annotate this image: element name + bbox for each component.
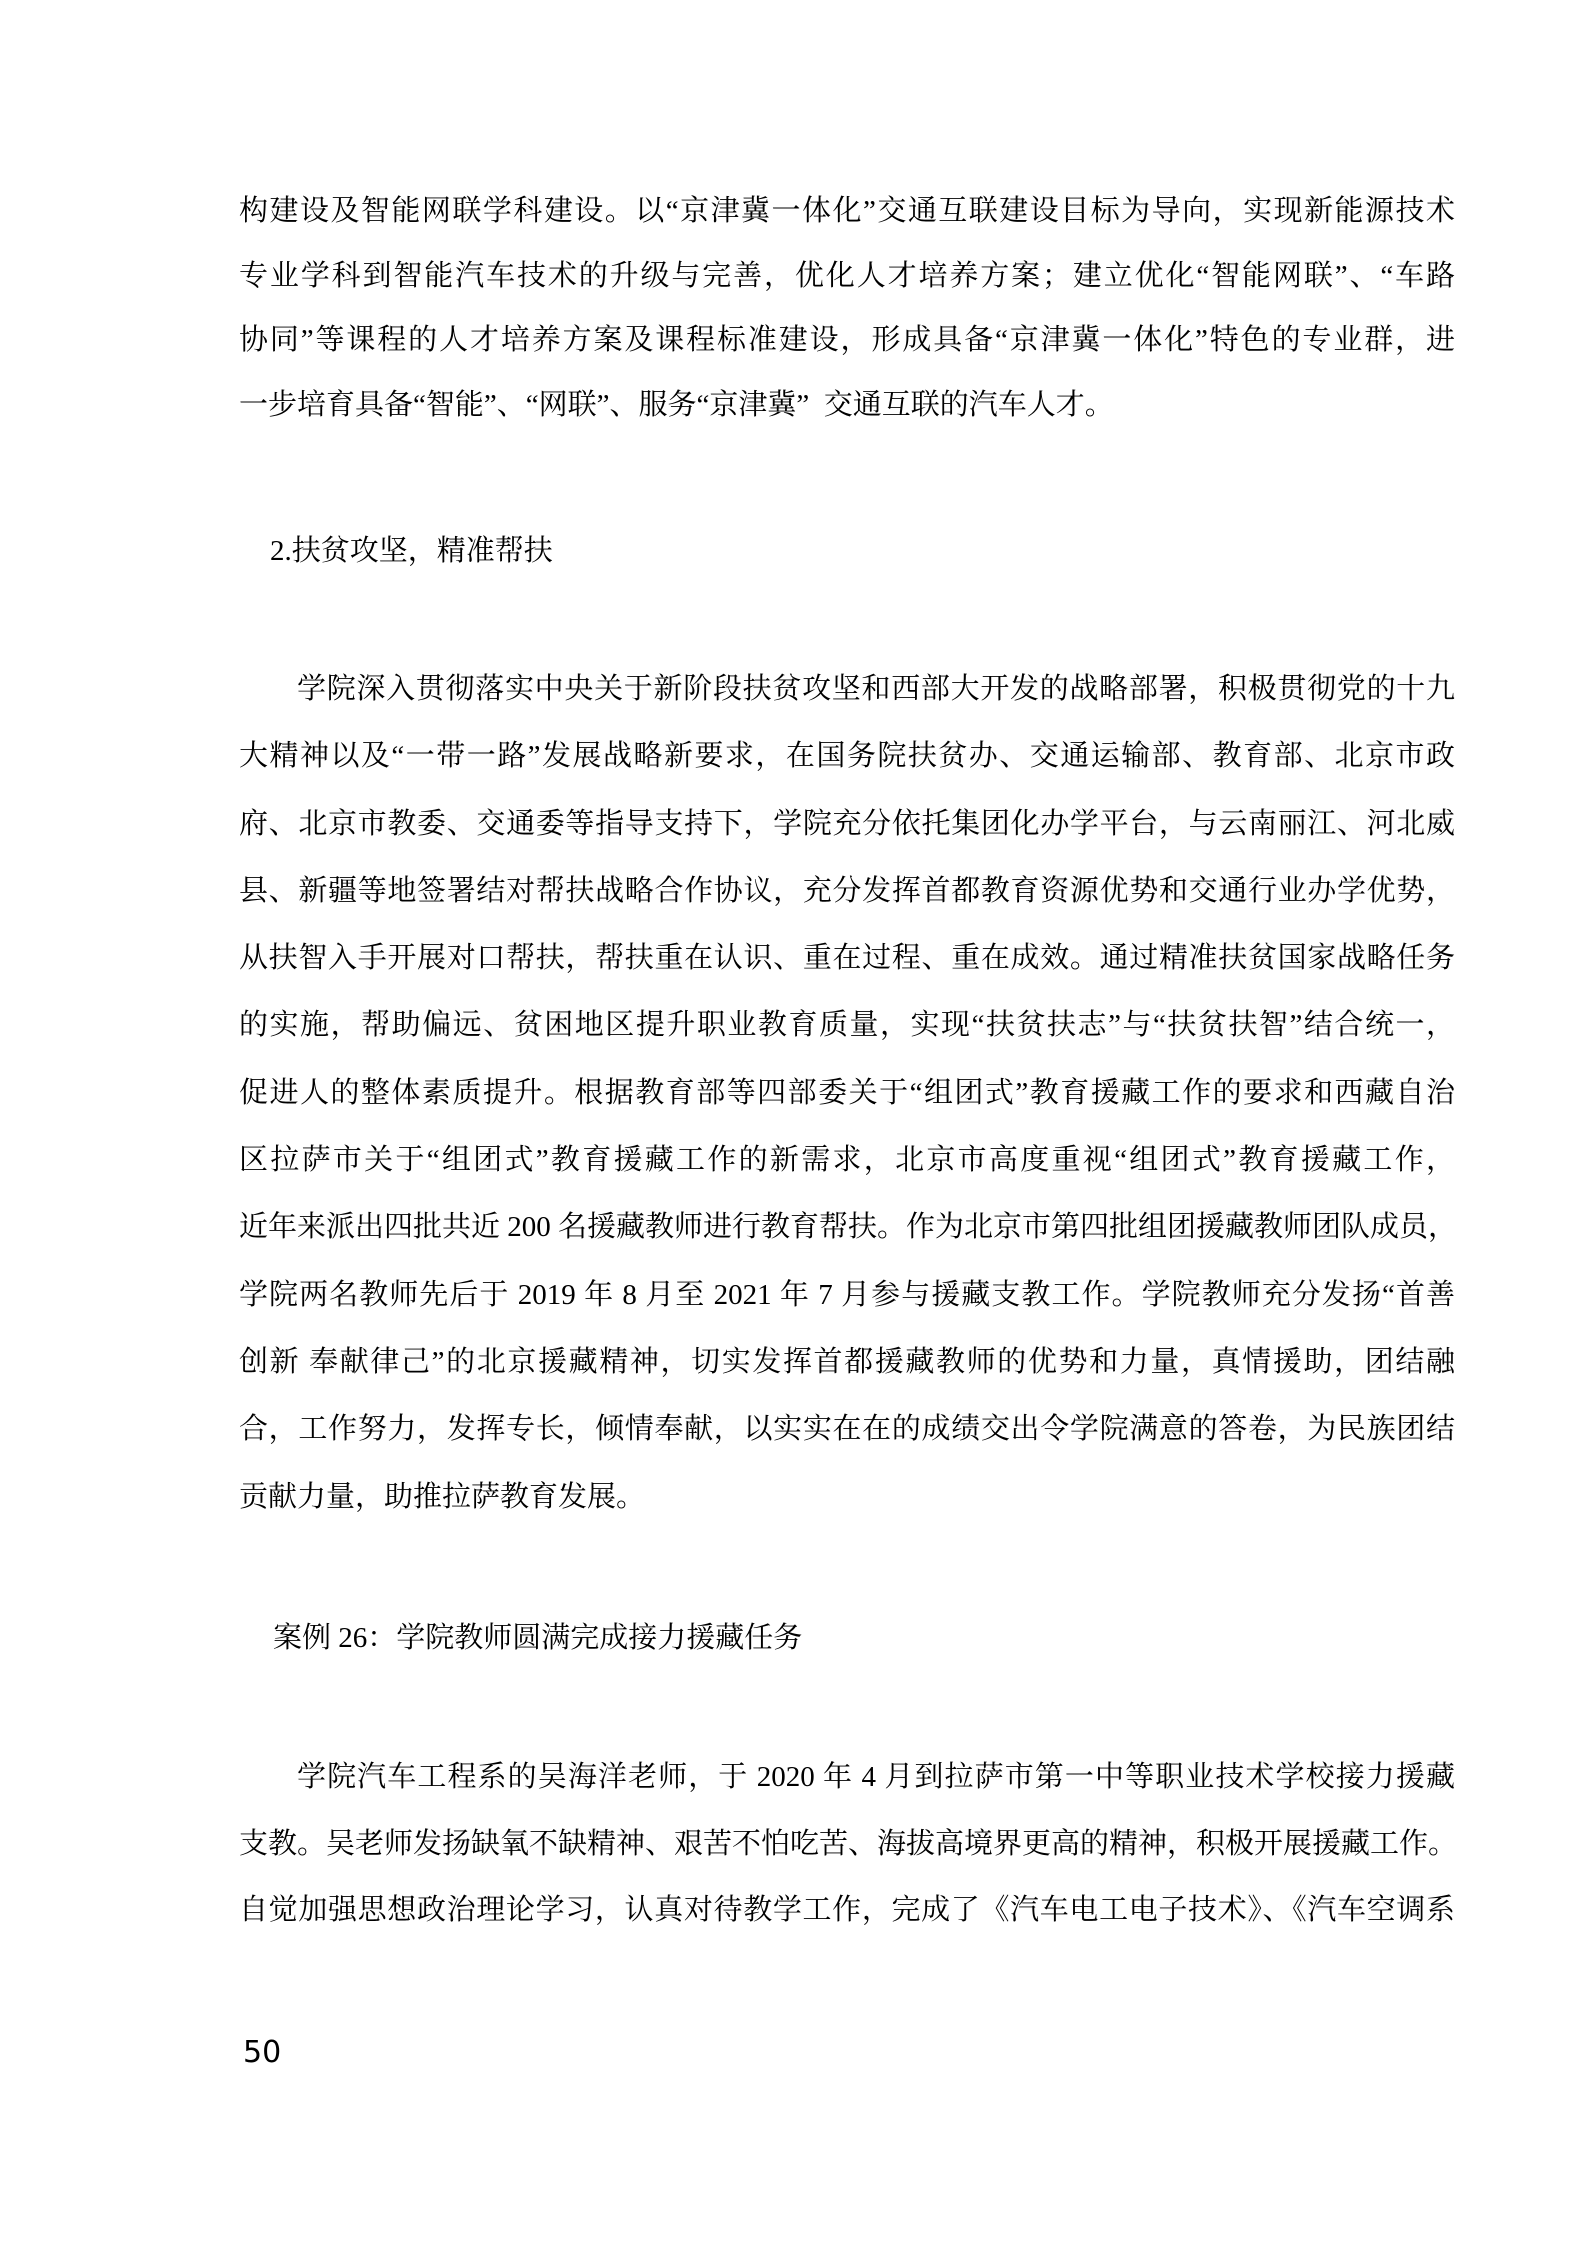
- paragraph-line: 合，工作努力，发挥专长，倾情奉献，以实实在在的成绩交出令学院满意的答卷，为民族团…: [239, 1396, 1455, 1463]
- paragraph-line: 促进人的整体素质提升。根据教育部等四部委关于“组团式”教育援藏工作的要求和西藏自…: [239, 1060, 1455, 1127]
- paragraph-line: 一步培育具备“智能”、“网联”、服务“京津冀” 交通互联的汽车人才。: [239, 373, 1455, 438]
- paragraph-line: 贡献力量，助推拉萨教育发展。: [239, 1464, 1455, 1531]
- paragraph-line: 近年来派出四批共近 200 名援藏教师进行教育帮扶。作为北京市第四批组团援藏教师…: [239, 1194, 1455, 1261]
- paragraph-line: 的实施，帮助偏远、贫困地区提升职业教育质量，实现“扶贫扶志”与“扶贫扶智”结合统…: [239, 992, 1455, 1059]
- paragraph-line: 府、北京市教委、交通委等指导支持下，学院充分依托集团化办学平台，与云南丽江、河北…: [239, 791, 1455, 858]
- case-heading-text: 案例 26：学院教师圆满完成接力援藏任务: [239, 1607, 1455, 1669]
- paragraph-line: 大精神以及“一带一路”发展战略新要求，在国务院扶贫办、交通运输部、教育部、北京市…: [239, 723, 1455, 790]
- paragraph-line: 区拉萨市关于“组团式”教育援藏工作的新需求，北京市高度重视“组团式”教育援藏工作…: [239, 1127, 1455, 1194]
- paragraph-poverty-alleviation: 学院深入贯彻落实中央关于新阶段扶贫攻坚和西部大开发的战略部署，积极贯彻党的十九 …: [239, 656, 1455, 1531]
- paragraph-line: 从扶智入手开展对口帮扶，帮扶重在认识、重在过程、重在成效。通过精准扶贫国家战略任…: [239, 925, 1455, 992]
- paragraph-case-26-body: 学院汽车工程系的吴海洋老师，于 2020 年 4 月到拉萨市第一中等职业技术学校…: [239, 1744, 1455, 1944]
- paragraph-line: 县、新疆等地签署结对帮扶战略合作协议，充分发挥首都教育资源优势和交通行业办学优势…: [239, 858, 1455, 925]
- paragraph-line: 专业学科到智能汽车技术的升级与完善，优化人才培养方案；建立优化“智能网联”、“车…: [239, 244, 1455, 309]
- paragraph-line: 学院两名教师先后于 2019 年 8 月至 2021 年 7 月参与援藏支教工作…: [239, 1262, 1455, 1329]
- paragraph-line: 支教。吴老师发扬缺氧不缺精神、艰苦不怕吃苦、海拔高境界更高的精神，积极开展援藏工…: [239, 1811, 1455, 1878]
- document-page: 构建设及智能网联学科建设。以“京津冀一体化”交通互联建设目标为导向，实现新能源技…: [0, 0, 1587, 2245]
- paragraph-line: 自觉加强思想政治理论学习，认真对待教学工作，完成了《汽车电工电子技术》、《汽车空…: [239, 1877, 1455, 1944]
- paragraph-line: 学院深入贯彻落实中央关于新阶段扶贫攻坚和西部大开发的战略部署，积极贯彻党的十九: [239, 656, 1455, 723]
- section-heading-poverty-alleviation: 2.扶贫攻坚，精准帮扶: [239, 520, 1455, 582]
- paragraph-transport-talent: 构建设及智能网联学科建设。以“京津冀一体化”交通互联建设目标为导向，实现新能源技…: [239, 179, 1455, 437]
- paragraph-line: 协同”等课程的人才培养方案及课程标准建设，形成具备“京津冀一体化”特色的专业群，…: [239, 308, 1455, 373]
- paragraph-line: 构建设及智能网联学科建设。以“京津冀一体化”交通互联建设目标为导向，实现新能源技…: [239, 179, 1455, 244]
- paragraph-line: 创新 奉献律己”的北京援藏精神，切实发挥首都援藏教师的优势和力量，真情援助，团结…: [239, 1329, 1455, 1396]
- section-heading-text: 2.扶贫攻坚，精准帮扶: [239, 520, 1455, 582]
- heading-case-26: 案例 26：学院教师圆满完成接力援藏任务: [239, 1607, 1455, 1669]
- paragraph-line: 学院汽车工程系的吴海洋老师，于 2020 年 4 月到拉萨市第一中等职业技术学校…: [239, 1744, 1455, 1811]
- page-number: 50: [243, 2038, 281, 2068]
